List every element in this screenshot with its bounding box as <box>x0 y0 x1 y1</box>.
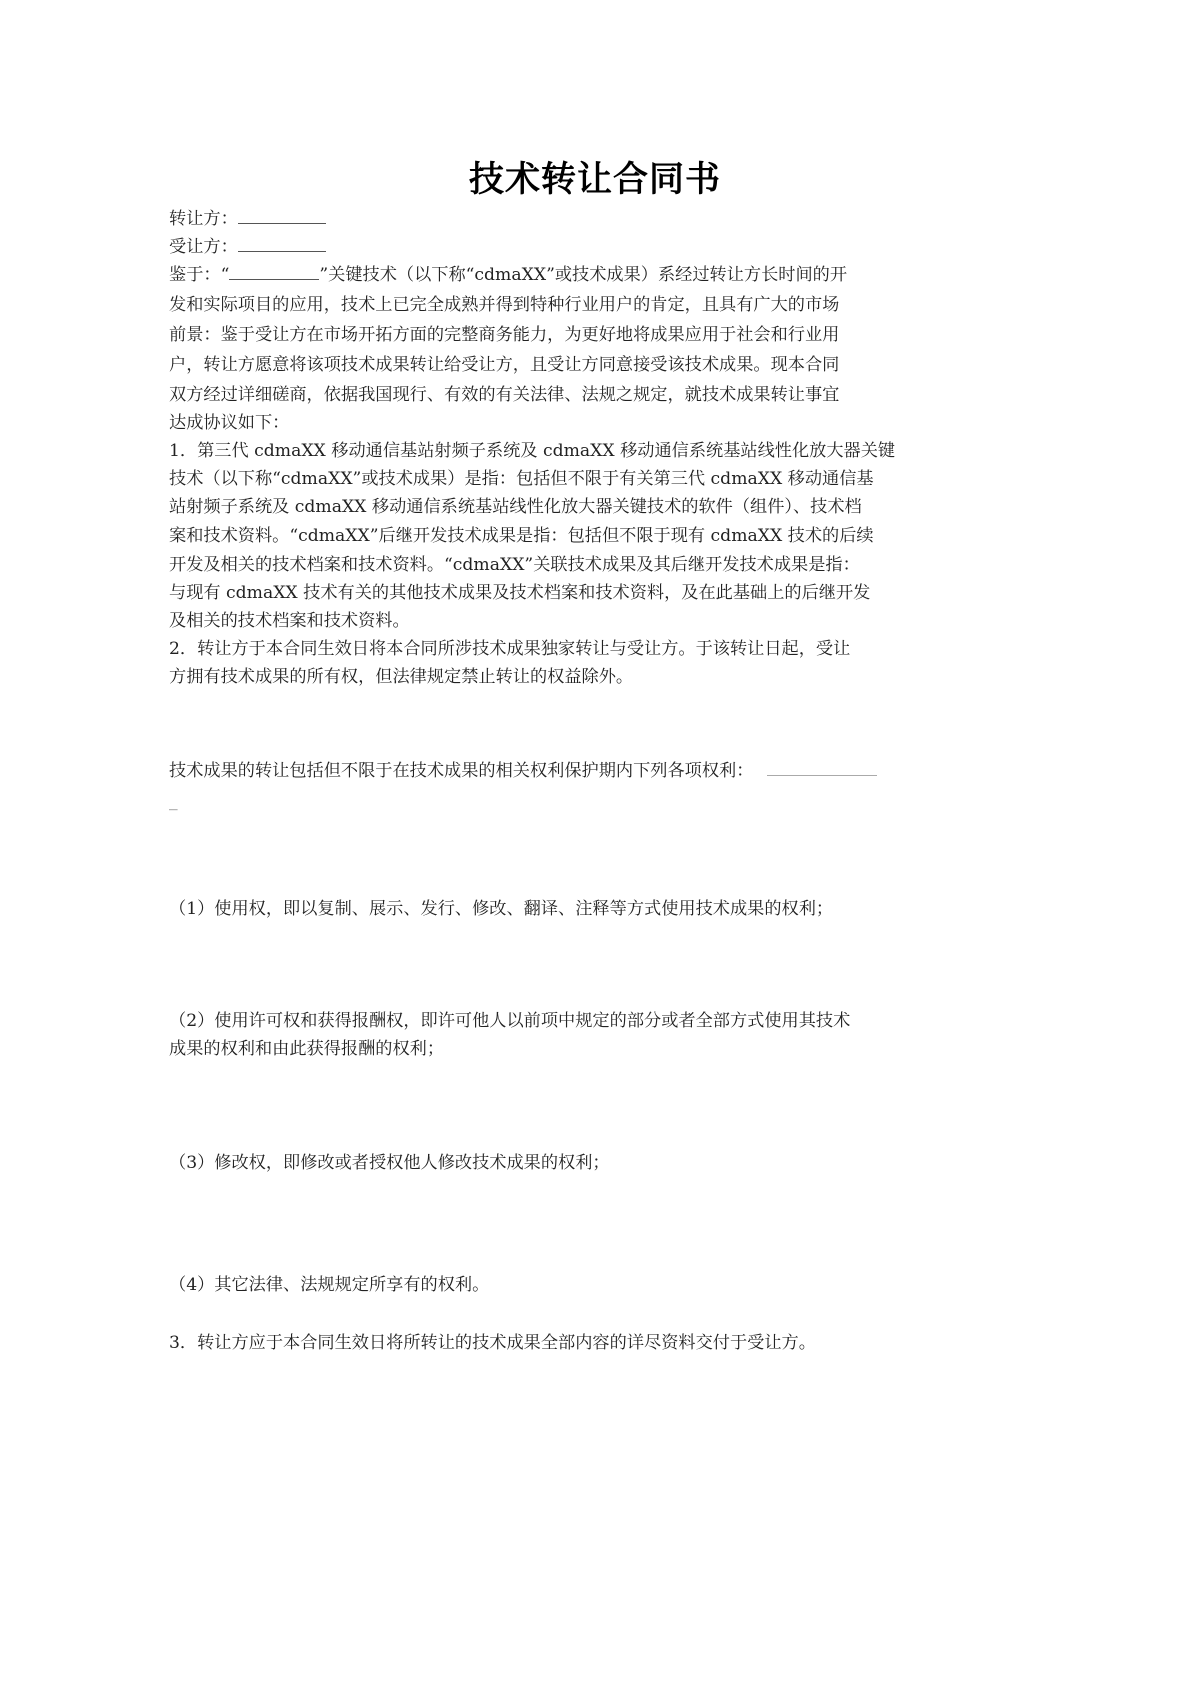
transferor-blank[interactable] <box>238 209 326 224</box>
preamble-line-4: 双方经过详细磋商，依据我国现行、有效的有关法律、法规之规定，就技术成果转让事宜 <box>169 382 839 408</box>
preamble-line-1: 发和实际项目的应用，技术上已完全成熟并得到特种行业用户的肯定，且具有广大的市场 <box>169 292 839 318</box>
clause2-line-0: 2．转让方于本合同生效日将本合同所涉技术成果独家转让与受让方。于该转让日起，受让 <box>169 636 850 662</box>
right-item-3: （3）修改权，即修改或者授权他人修改技术成果的权利； <box>169 1150 610 1176</box>
right-item-4: （4）其它法律、法规规定所享有的权利。 <box>169 1272 489 1298</box>
preamble-suffix: ”关键技术（以下称“cdmaXX”或技术成果）系经过转让方长时间的开 <box>319 265 847 285</box>
rights-intro-continuation: _ <box>169 788 178 814</box>
preamble-line-3: 户，转让方愿意将该项技术成果转让给受让方，且受让方同意接受该技术成果。现本合同 <box>169 352 839 378</box>
transferee-label: 受让方： <box>169 237 238 257</box>
clause1-line-0: 1．第三代 cdmaXX 移动通信基站射频子系统及 cdmaXX 移动通信系统基… <box>169 438 895 464</box>
clause1-line-3: 案和技术资料。“cdmaXX”后继开发技术成果是指：包括但不限于现有 cdmaX… <box>169 523 874 549</box>
technology-name-blank[interactable] <box>229 265 319 280</box>
preamble-line-0: 鉴于：“”关键技术（以下称“cdmaXX”或技术成果）系经过转让方长时间的开 <box>169 262 847 288</box>
right-item-2-line-0: （2）使用许可权和获得报酬权，即许可他人以前项中规定的部分或者全部方式使用其技术 <box>169 1008 850 1034</box>
rights-intro-text: 技术成果的转让包括但不限于在技术成果的相关权利保护期内下列各项权利： <box>169 761 753 781</box>
document-title: 技术转让合同书 <box>0 152 1190 202</box>
preamble-line-5: 达成协议如下： <box>169 410 289 436</box>
preamble-prefix: 鉴于：“ <box>169 265 229 285</box>
clause1-line-2: 站射频子系统及 cdmaXX 移动通信系统基站线性化放大器关键技术的软件（组件）… <box>169 494 862 520</box>
transferor-line: 转让方： <box>169 206 326 232</box>
clause1-line-1: 技术（以下称“cdmaXX”或技术成果）是指：包括但不限于有关第三代 cdmaX… <box>169 466 874 492</box>
preamble-line-2: 前景：鉴于受让方在市场开拓方面的完整商务能力，为更好地将成果应用于社会和行业用 <box>169 322 839 348</box>
right-item-1: （1）使用权，即以复制、展示、发行、修改、翻译、注释等方式使用技术成果的权利； <box>169 896 833 922</box>
clause1-line-4: 开发及相关的技术档案和技术资料。“cdmaXX”关联技术成果及其后继开发技术成果… <box>169 552 860 578</box>
document-page: 技术转让合同书 转让方： 受让方： 鉴于：“”关键技术（以下称“cdmaXX”或… <box>0 0 1190 1683</box>
clause1-line-6: 及相关的技术档案和技术资料。 <box>169 608 410 634</box>
transferee-blank[interactable] <box>238 237 326 252</box>
transferee-line: 受让方： <box>169 234 326 260</box>
transferor-label: 转让方： <box>169 209 238 229</box>
clause1-line-5: 与现有 cdmaXX 技术有关的其他技术成果及技术档案和技术资料，及在此基础上的… <box>169 580 870 606</box>
rights-intro-line: 技术成果的转让包括但不限于在技术成果的相关权利保护期内下列各项权利： <box>169 758 877 784</box>
clause2-line-1: 方拥有技术成果的所有权，但法律规定禁止转让的权益除外。 <box>169 664 633 690</box>
clause3-line: 3．转让方应于本合同生效日将所转让的技术成果全部内容的详尽资料交付于受让方。 <box>169 1330 816 1356</box>
right-item-2-line-1: 成果的权利和由此获得报酬的权利； <box>169 1036 444 1062</box>
rights-intro-blank[interactable] <box>767 761 877 776</box>
